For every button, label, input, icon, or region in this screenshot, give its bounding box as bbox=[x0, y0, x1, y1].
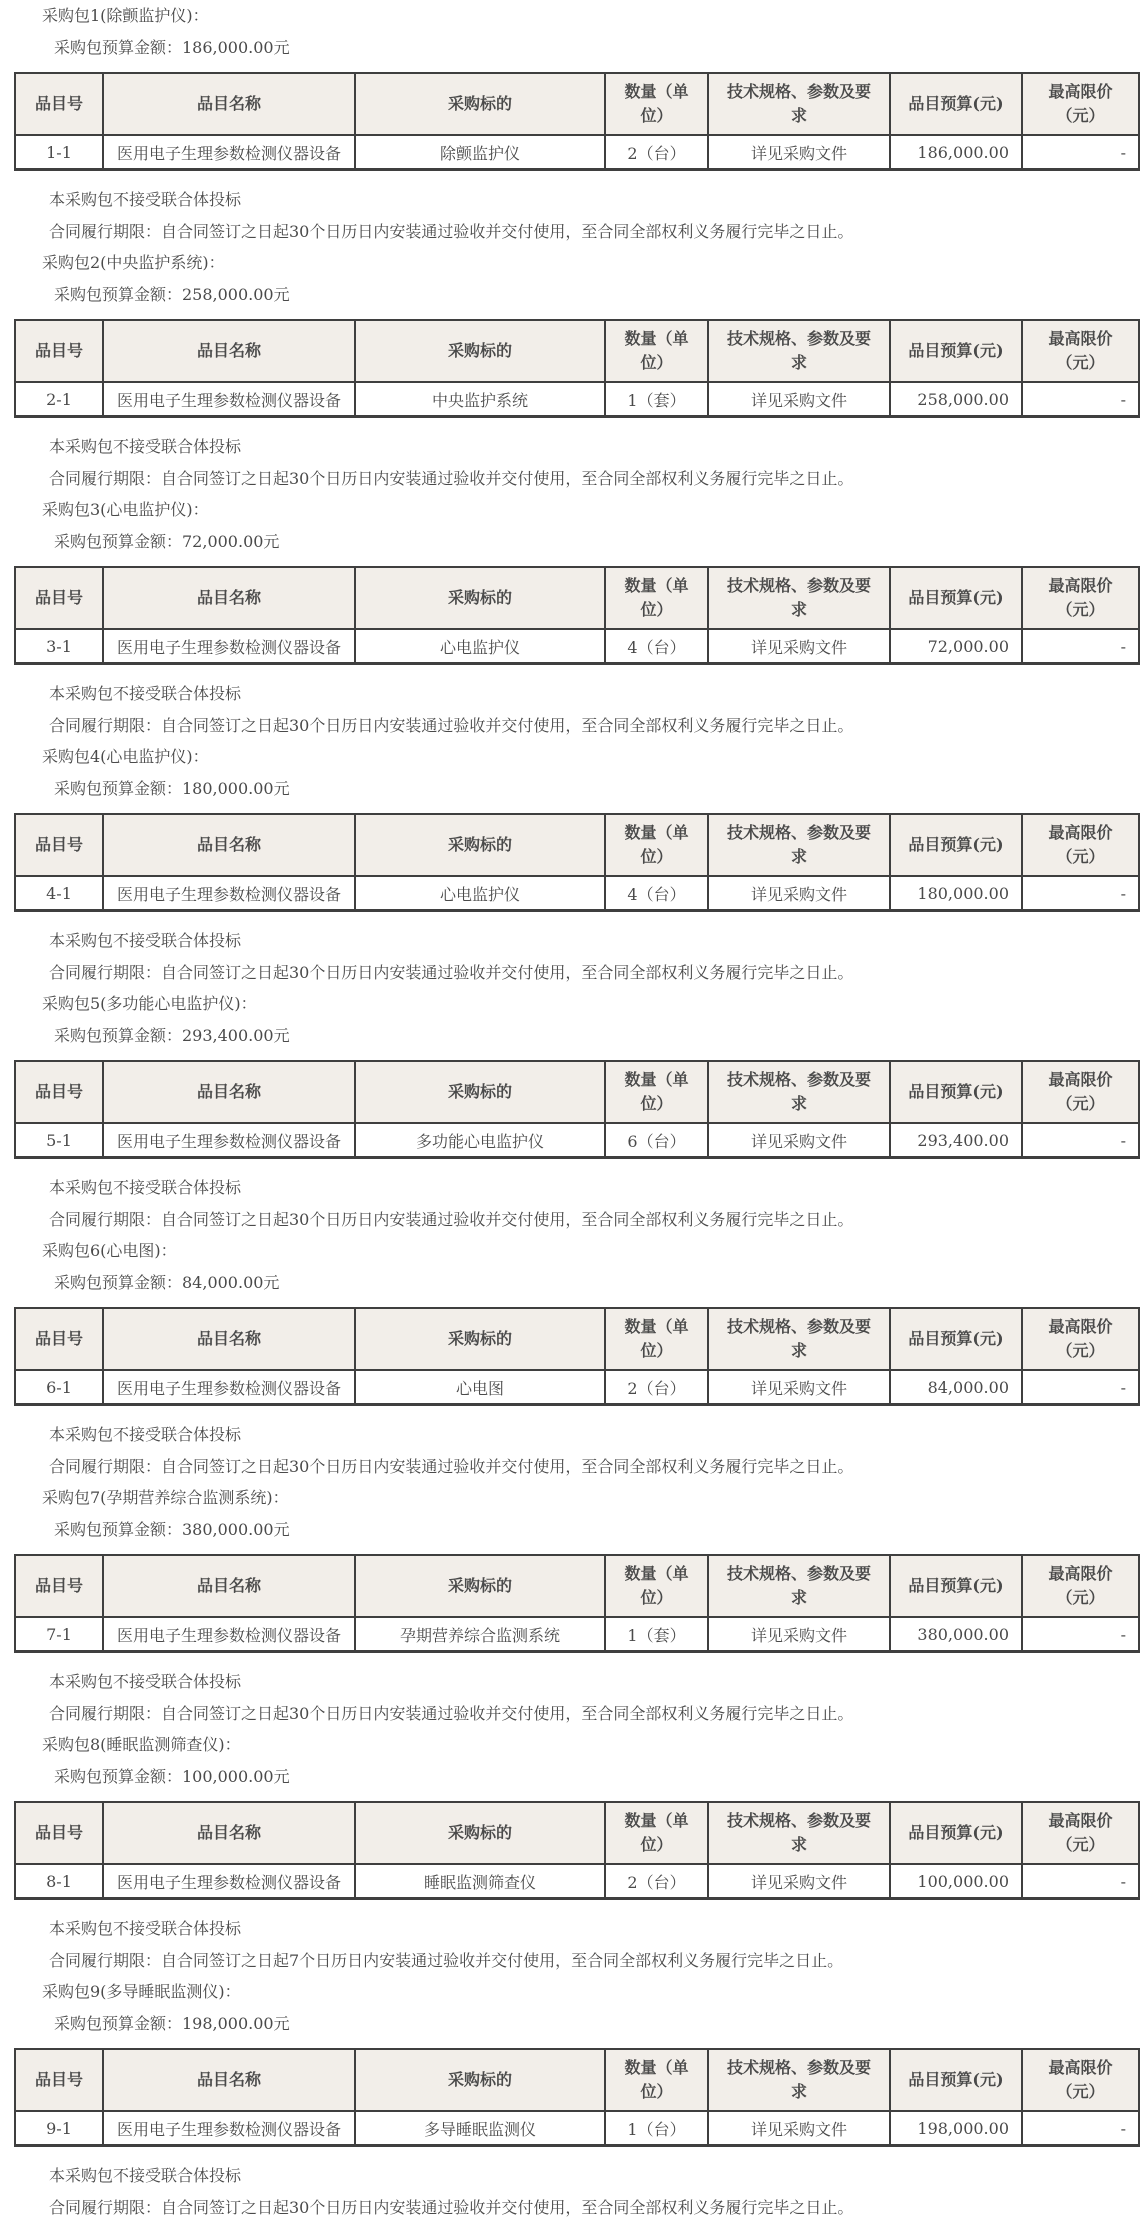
column-header-item-name: 品目名称 bbox=[103, 1802, 355, 1864]
cell-tech-spec: 详见采购文件 bbox=[708, 1617, 890, 1652]
column-header-tech-spec: 技术规格、参数及要 求 bbox=[708, 320, 890, 382]
table-row: 1-1 医用电子生理参数检测仪器设备 除颤监护仪 2（台） 详见采购文件 186… bbox=[15, 135, 1139, 170]
column-header-item-name: 品目名称 bbox=[103, 2049, 355, 2111]
column-header-item-budget: 品目预算(元) bbox=[890, 320, 1022, 382]
procurement-package-section: 采购包3(心电监护仪)： 采购包预算金额：72,000.00元 品目号 品目名称… bbox=[0, 500, 1147, 741]
column-header-quantity-unit: 数量（单 位） bbox=[605, 1308, 708, 1370]
cell-procurement-subject: 孕期营养综合监测系统 bbox=[355, 1617, 605, 1652]
cell-max-price: - bbox=[1022, 1123, 1139, 1158]
package-items-table: 品目号 品目名称 采购标的 数量（单 位） 技术规格、参数及要 求 品目预算(元… bbox=[14, 72, 1140, 171]
cell-item-no: 3-1 bbox=[15, 629, 103, 664]
column-header-procurement-subject: 采购标的 bbox=[355, 320, 605, 382]
table-header-row: 品目号 品目名称 采购标的 数量（单 位） 技术规格、参数及要 求 品目预算(元… bbox=[15, 1555, 1139, 1617]
package-items-table: 品目号 品目名称 采购标的 数量（单 位） 技术规格、参数及要 求 品目预算(元… bbox=[14, 2048, 1140, 2147]
package-budget-amount: 采购包预算金额：186,000.00元 bbox=[54, 38, 1147, 58]
package-items-table: 品目号 品目名称 采购标的 数量（单 位） 技术规格、参数及要 求 品目预算(元… bbox=[14, 813, 1140, 912]
cell-procurement-subject: 除颤监护仪 bbox=[355, 135, 605, 170]
column-header-item-no: 品目号 bbox=[15, 1802, 103, 1864]
cell-procurement-subject: 心电图 bbox=[355, 1370, 605, 1405]
column-header-procurement-subject: 采购标的 bbox=[355, 814, 605, 876]
cell-quantity-unit: 2（台） bbox=[605, 1370, 708, 1405]
package-items-table: 品目号 品目名称 采购标的 数量（单 位） 技术规格、参数及要 求 品目预算(元… bbox=[14, 566, 1140, 665]
package-items-table: 品目号 品目名称 采购标的 数量（单 位） 技术规格、参数及要 求 品目预算(元… bbox=[14, 319, 1140, 418]
contract-term-note: 合同履行期限：自合同签订之日起30个日历日内安装通过验收并交付使用，至合同全部权… bbox=[49, 1210, 1147, 1230]
package-budget-amount: 采购包预算金额：72,000.00元 bbox=[54, 532, 1147, 552]
procurement-package-section: 采购包5(多功能心电监护仪)： 采购包预算金额：293,400.00元 品目号 … bbox=[0, 994, 1147, 1235]
cell-quantity-unit: 1（套） bbox=[605, 382, 708, 417]
table-header-row: 品目号 品目名称 采购标的 数量（单 位） 技术规格、参数及要 求 品目预算(元… bbox=[15, 1802, 1139, 1864]
procurement-package-section: 采购包7(孕期营养综合监测系统)： 采购包预算金额：380,000.00元 品目… bbox=[0, 1488, 1147, 1729]
cell-procurement-subject: 多功能心电监护仪 bbox=[355, 1123, 605, 1158]
cell-max-price: - bbox=[1022, 629, 1139, 664]
package-budget-amount: 采购包预算金额：293,400.00元 bbox=[54, 1026, 1147, 1046]
column-header-item-name: 品目名称 bbox=[103, 320, 355, 382]
cell-procurement-subject: 多导睡眠监测仪 bbox=[355, 2111, 605, 2146]
cell-procurement-subject: 中央监护系统 bbox=[355, 382, 605, 417]
package-title: 采购包9(多导睡眠监测仪)： bbox=[42, 1982, 1147, 2002]
cell-quantity-unit: 2（台） bbox=[605, 1864, 708, 1899]
column-header-item-name: 品目名称 bbox=[103, 814, 355, 876]
cell-item-no: 8-1 bbox=[15, 1864, 103, 1899]
cell-quantity-unit: 4（台） bbox=[605, 629, 708, 664]
package-title: 采购包2(中央监护系统)： bbox=[42, 253, 1147, 273]
column-header-tech-spec: 技术规格、参数及要 求 bbox=[708, 73, 890, 135]
column-header-tech-spec: 技术规格、参数及要 求 bbox=[708, 1308, 890, 1370]
no-consortium-bid-note: 本采购包不接受联合体投标 bbox=[49, 684, 1147, 704]
cell-tech-spec: 详见采购文件 bbox=[708, 382, 890, 417]
procurement-package-section: 采购包2(中央监护系统)： 采购包预算金额：258,000.00元 品目号 品目… bbox=[0, 253, 1147, 494]
no-consortium-bid-note: 本采购包不接受联合体投标 bbox=[49, 931, 1147, 951]
cell-item-budget: 380,000.00 bbox=[890, 1617, 1022, 1652]
contract-term-note: 合同履行期限：自合同签订之日起30个日历日内安装通过验收并交付使用，至合同全部权… bbox=[49, 2198, 1147, 2218]
column-header-item-name: 品目名称 bbox=[103, 1555, 355, 1617]
cell-item-name: 医用电子生理参数检测仪器设备 bbox=[103, 1370, 355, 1405]
cell-item-budget: 186,000.00 bbox=[890, 135, 1022, 170]
package-budget-amount: 采购包预算金额：84,000.00元 bbox=[54, 1273, 1147, 1293]
column-header-item-no: 品目号 bbox=[15, 2049, 103, 2111]
column-header-item-budget: 品目预算(元) bbox=[890, 1555, 1022, 1617]
column-header-procurement-subject: 采购标的 bbox=[355, 1308, 605, 1370]
column-header-max-price: 最高限价 （元） bbox=[1022, 814, 1139, 876]
no-consortium-bid-note: 本采购包不接受联合体投标 bbox=[49, 2166, 1147, 2186]
cell-quantity-unit: 2（台） bbox=[605, 135, 708, 170]
column-header-max-price: 最高限价 （元） bbox=[1022, 1555, 1139, 1617]
column-header-item-name: 品目名称 bbox=[103, 567, 355, 629]
package-items-table: 品目号 品目名称 采购标的 数量（单 位） 技术规格、参数及要 求 品目预算(元… bbox=[14, 1554, 1140, 1653]
cell-item-name: 医用电子生理参数检测仪器设备 bbox=[103, 1864, 355, 1899]
column-header-tech-spec: 技术规格、参数及要 求 bbox=[708, 567, 890, 629]
cell-tech-spec: 详见采购文件 bbox=[708, 629, 890, 664]
contract-term-note: 合同履行期限：自合同签订之日起30个日历日内安装通过验收并交付使用，至合同全部权… bbox=[49, 222, 1147, 242]
package-items-table: 品目号 品目名称 采购标的 数量（单 位） 技术规格、参数及要 求 品目预算(元… bbox=[14, 1307, 1140, 1406]
cell-item-budget: 198,000.00 bbox=[890, 2111, 1022, 2146]
column-header-procurement-subject: 采购标的 bbox=[355, 1061, 605, 1123]
column-header-quantity-unit: 数量（单 位） bbox=[605, 73, 708, 135]
package-budget-amount: 采购包预算金额：180,000.00元 bbox=[54, 779, 1147, 799]
column-header-max-price: 最高限价 （元） bbox=[1022, 1308, 1139, 1370]
package-title: 采购包1(除颤监护仪)： bbox=[42, 6, 1147, 26]
column-header-item-name: 品目名称 bbox=[103, 1308, 355, 1370]
column-header-item-no: 品目号 bbox=[15, 567, 103, 629]
package-budget-amount: 采购包预算金额：258,000.00元 bbox=[54, 285, 1147, 305]
column-header-quantity-unit: 数量（单 位） bbox=[605, 814, 708, 876]
table-header-row: 品目号 品目名称 采购标的 数量（单 位） 技术规格、参数及要 求 品目预算(元… bbox=[15, 320, 1139, 382]
table-row: 5-1 医用电子生理参数检测仪器设备 多功能心电监护仪 6（台） 详见采购文件 … bbox=[15, 1123, 1139, 1158]
contract-term-note: 合同履行期限：自合同签订之日起30个日历日内安装通过验收并交付使用，至合同全部权… bbox=[49, 469, 1147, 489]
package-items-table: 品目号 品目名称 采购标的 数量（单 位） 技术规格、参数及要 求 品目预算(元… bbox=[14, 1801, 1140, 1900]
package-sections-container: 采购包1(除颤监护仪)： 采购包预算金额：186,000.00元 品目号 品目名… bbox=[0, 6, 1147, 2223]
column-header-item-no: 品目号 bbox=[15, 814, 103, 876]
column-header-item-no: 品目号 bbox=[15, 1061, 103, 1123]
table-row: 6-1 医用电子生理参数检测仪器设备 心电图 2（台） 详见采购文件 84,00… bbox=[15, 1370, 1139, 1405]
contract-term-note: 合同履行期限：自合同签订之日起30个日历日内安装通过验收并交付使用，至合同全部权… bbox=[49, 1457, 1147, 1477]
column-header-max-price: 最高限价 （元） bbox=[1022, 1802, 1139, 1864]
cell-max-price: - bbox=[1022, 1864, 1139, 1899]
cell-item-name: 医用电子生理参数检测仪器设备 bbox=[103, 1123, 355, 1158]
no-consortium-bid-note: 本采购包不接受联合体投标 bbox=[49, 1178, 1147, 1198]
column-header-item-budget: 品目预算(元) bbox=[890, 73, 1022, 135]
cell-quantity-unit: 1（台） bbox=[605, 2111, 708, 2146]
cell-item-no: 7-1 bbox=[15, 1617, 103, 1652]
cell-max-price: - bbox=[1022, 1370, 1139, 1405]
cell-max-price: - bbox=[1022, 2111, 1139, 2146]
cell-item-no: 2-1 bbox=[15, 382, 103, 417]
column-header-max-price: 最高限价 （元） bbox=[1022, 567, 1139, 629]
cell-item-budget: 293,400.00 bbox=[890, 1123, 1022, 1158]
cell-tech-spec: 详见采购文件 bbox=[708, 876, 890, 911]
cell-tech-spec: 详见采购文件 bbox=[708, 1864, 890, 1899]
column-header-tech-spec: 技术规格、参数及要 求 bbox=[708, 1802, 890, 1864]
column-header-item-no: 品目号 bbox=[15, 73, 103, 135]
table-header-row: 品目号 品目名称 采购标的 数量（单 位） 技术规格、参数及要 求 品目预算(元… bbox=[15, 814, 1139, 876]
cell-item-name: 医用电子生理参数检测仪器设备 bbox=[103, 1617, 355, 1652]
cell-item-name: 医用电子生理参数检测仪器设备 bbox=[103, 135, 355, 170]
procurement-package-section: 采购包1(除颤监护仪)： 采购包预算金额：186,000.00元 品目号 品目名… bbox=[0, 6, 1147, 247]
cell-item-budget: 258,000.00 bbox=[890, 382, 1022, 417]
cell-procurement-subject: 心电监护仪 bbox=[355, 629, 605, 664]
table-row: 4-1 医用电子生理参数检测仪器设备 心电监护仪 4（台） 详见采购文件 180… bbox=[15, 876, 1139, 911]
cell-item-name: 医用电子生理参数检测仪器设备 bbox=[103, 876, 355, 911]
table-row: 7-1 医用电子生理参数检测仪器设备 孕期营养综合监测系统 1（套） 详见采购文… bbox=[15, 1617, 1139, 1652]
column-header-item-budget: 品目预算(元) bbox=[890, 814, 1022, 876]
no-consortium-bid-note: 本采购包不接受联合体投标 bbox=[49, 1919, 1147, 1939]
procurement-package-section: 采购包4(心电监护仪)： 采购包预算金额：180,000.00元 品目号 品目名… bbox=[0, 747, 1147, 988]
table-row: 9-1 医用电子生理参数检测仪器设备 多导睡眠监测仪 1（台） 详见采购文件 1… bbox=[15, 2111, 1139, 2146]
table-header-row: 品目号 品目名称 采购标的 数量（单 位） 技术规格、参数及要 求 品目预算(元… bbox=[15, 73, 1139, 135]
package-items-table: 品目号 品目名称 采购标的 数量（单 位） 技术规格、参数及要 求 品目预算(元… bbox=[14, 1060, 1140, 1159]
cell-tech-spec: 详见采购文件 bbox=[708, 135, 890, 170]
no-consortium-bid-note: 本采购包不接受联合体投标 bbox=[49, 190, 1147, 210]
column-header-item-budget: 品目预算(元) bbox=[890, 1308, 1022, 1370]
cell-item-budget: 72,000.00 bbox=[890, 629, 1022, 664]
column-header-tech-spec: 技术规格、参数及要 求 bbox=[708, 814, 890, 876]
procurement-document: 采购包1(除颤监护仪)： 采购包预算金额：186,000.00元 品目号 品目名… bbox=[0, 6, 1147, 2223]
cell-item-no: 5-1 bbox=[15, 1123, 103, 1158]
column-header-quantity-unit: 数量（单 位） bbox=[605, 1061, 708, 1123]
cell-tech-spec: 详见采购文件 bbox=[708, 2111, 890, 2146]
table-header-row: 品目号 品目名称 采购标的 数量（单 位） 技术规格、参数及要 求 品目预算(元… bbox=[15, 1061, 1139, 1123]
column-header-procurement-subject: 采购标的 bbox=[355, 1802, 605, 1864]
cell-item-name: 医用电子生理参数检测仪器设备 bbox=[103, 2111, 355, 2146]
cell-item-no: 6-1 bbox=[15, 1370, 103, 1405]
package-title: 采购包4(心电监护仪)： bbox=[42, 747, 1147, 767]
cell-quantity-unit: 6（台） bbox=[605, 1123, 708, 1158]
table-header-row: 品目号 品目名称 采购标的 数量（单 位） 技术规格、参数及要 求 品目预算(元… bbox=[15, 2049, 1139, 2111]
column-header-tech-spec: 技术规格、参数及要 求 bbox=[708, 1061, 890, 1123]
column-header-quantity-unit: 数量（单 位） bbox=[605, 2049, 708, 2111]
column-header-item-budget: 品目预算(元) bbox=[890, 1061, 1022, 1123]
column-header-quantity-unit: 数量（单 位） bbox=[605, 1802, 708, 1864]
package-budget-amount: 采购包预算金额：100,000.00元 bbox=[54, 1767, 1147, 1787]
column-header-item-budget: 品目预算(元) bbox=[890, 567, 1022, 629]
procurement-package-section: 采购包8(睡眠监测筛查仪)： 采购包预算金额：100,000.00元 品目号 品… bbox=[0, 1735, 1147, 1976]
cell-tech-spec: 详见采购文件 bbox=[708, 1123, 890, 1158]
package-title: 采购包8(睡眠监测筛查仪)： bbox=[42, 1735, 1147, 1755]
cell-item-no: 4-1 bbox=[15, 876, 103, 911]
cell-item-name: 医用电子生理参数检测仪器设备 bbox=[103, 629, 355, 664]
column-header-item-no: 品目号 bbox=[15, 1555, 103, 1617]
cell-quantity-unit: 1（套） bbox=[605, 1617, 708, 1652]
column-header-quantity-unit: 数量（单 位） bbox=[605, 320, 708, 382]
cell-item-budget: 100,000.00 bbox=[890, 1864, 1022, 1899]
no-consortium-bid-note: 本采购包不接受联合体投标 bbox=[49, 437, 1147, 457]
package-budget-amount: 采购包预算金额：198,000.00元 bbox=[54, 2014, 1147, 2034]
column-header-procurement-subject: 采购标的 bbox=[355, 2049, 605, 2111]
cell-max-price: - bbox=[1022, 382, 1139, 417]
column-header-item-no: 品目号 bbox=[15, 1308, 103, 1370]
package-title: 采购包7(孕期营养综合监测系统)： bbox=[42, 1488, 1147, 1508]
column-header-procurement-subject: 采购标的 bbox=[355, 73, 605, 135]
package-title: 采购包3(心电监护仪)： bbox=[42, 500, 1147, 520]
column-header-quantity-unit: 数量（单 位） bbox=[605, 567, 708, 629]
column-header-max-price: 最高限价 （元） bbox=[1022, 1061, 1139, 1123]
package-title: 采购包5(多功能心电监护仪)： bbox=[42, 994, 1147, 1014]
cell-item-no: 9-1 bbox=[15, 2111, 103, 2146]
cell-tech-spec: 详见采购文件 bbox=[708, 1370, 890, 1405]
no-consortium-bid-note: 本采购包不接受联合体投标 bbox=[49, 1672, 1147, 1692]
column-header-item-name: 品目名称 bbox=[103, 1061, 355, 1123]
column-header-item-budget: 品目预算(元) bbox=[890, 2049, 1022, 2111]
contract-term-note: 合同履行期限：自合同签订之日起30个日历日内安装通过验收并交付使用，至合同全部权… bbox=[49, 963, 1147, 983]
no-consortium-bid-note: 本采购包不接受联合体投标 bbox=[49, 1425, 1147, 1445]
procurement-package-section: 采购包6(心电图)： 采购包预算金额：84,000.00元 品目号 品目名称 采… bbox=[0, 1241, 1147, 1482]
contract-term-note: 合同履行期限：自合同签订之日起30个日历日内安装通过验收并交付使用，至合同全部权… bbox=[49, 1704, 1147, 1724]
column-header-tech-spec: 技术规格、参数及要 求 bbox=[708, 2049, 890, 2111]
table-row: 8-1 医用电子生理参数检测仪器设备 睡眠监测筛查仪 2（台） 详见采购文件 1… bbox=[15, 1864, 1139, 1899]
column-header-max-price: 最高限价 （元） bbox=[1022, 73, 1139, 135]
column-header-item-name: 品目名称 bbox=[103, 73, 355, 135]
package-title: 采购包6(心电图)： bbox=[42, 1241, 1147, 1261]
package-budget-amount: 采购包预算金额：380,000.00元 bbox=[54, 1520, 1147, 1540]
table-row: 3-1 医用电子生理参数检测仪器设备 心电监护仪 4（台） 详见采购文件 72,… bbox=[15, 629, 1139, 664]
column-header-item-budget: 品目预算(元) bbox=[890, 1802, 1022, 1864]
column-header-quantity-unit: 数量（单 位） bbox=[605, 1555, 708, 1617]
column-header-tech-spec: 技术规格、参数及要 求 bbox=[708, 1555, 890, 1617]
table-header-row: 品目号 品目名称 采购标的 数量（单 位） 技术规格、参数及要 求 品目预算(元… bbox=[15, 567, 1139, 629]
cell-max-price: - bbox=[1022, 876, 1139, 911]
cell-item-budget: 180,000.00 bbox=[890, 876, 1022, 911]
contract-term-note: 合同履行期限：自合同签订之日起30个日历日内安装通过验收并交付使用，至合同全部权… bbox=[49, 716, 1147, 736]
cell-quantity-unit: 4（台） bbox=[605, 876, 708, 911]
table-header-row: 品目号 品目名称 采购标的 数量（单 位） 技术规格、参数及要 求 品目预算(元… bbox=[15, 1308, 1139, 1370]
column-header-procurement-subject: 采购标的 bbox=[355, 567, 605, 629]
column-header-procurement-subject: 采购标的 bbox=[355, 1555, 605, 1617]
column-header-item-no: 品目号 bbox=[15, 320, 103, 382]
cell-procurement-subject: 睡眠监测筛查仪 bbox=[355, 1864, 605, 1899]
contract-term-note: 合同履行期限：自合同签订之日起7个日历日内安装通过验收并交付使用，至合同全部权利… bbox=[49, 1951, 1147, 1971]
cell-item-name: 医用电子生理参数检测仪器设备 bbox=[103, 382, 355, 417]
cell-procurement-subject: 心电监护仪 bbox=[355, 876, 605, 911]
cell-max-price: - bbox=[1022, 1617, 1139, 1652]
procurement-package-section: 采购包9(多导睡眠监测仪)： 采购包预算金额：198,000.00元 品目号 品… bbox=[0, 1982, 1147, 2223]
table-row: 2-1 医用电子生理参数检测仪器设备 中央监护系统 1（套） 详见采购文件 25… bbox=[15, 382, 1139, 417]
cell-item-no: 1-1 bbox=[15, 135, 103, 170]
cell-item-budget: 84,000.00 bbox=[890, 1370, 1022, 1405]
column-header-max-price: 最高限价 （元） bbox=[1022, 320, 1139, 382]
column-header-max-price: 最高限价 （元） bbox=[1022, 2049, 1139, 2111]
cell-max-price: - bbox=[1022, 135, 1139, 170]
